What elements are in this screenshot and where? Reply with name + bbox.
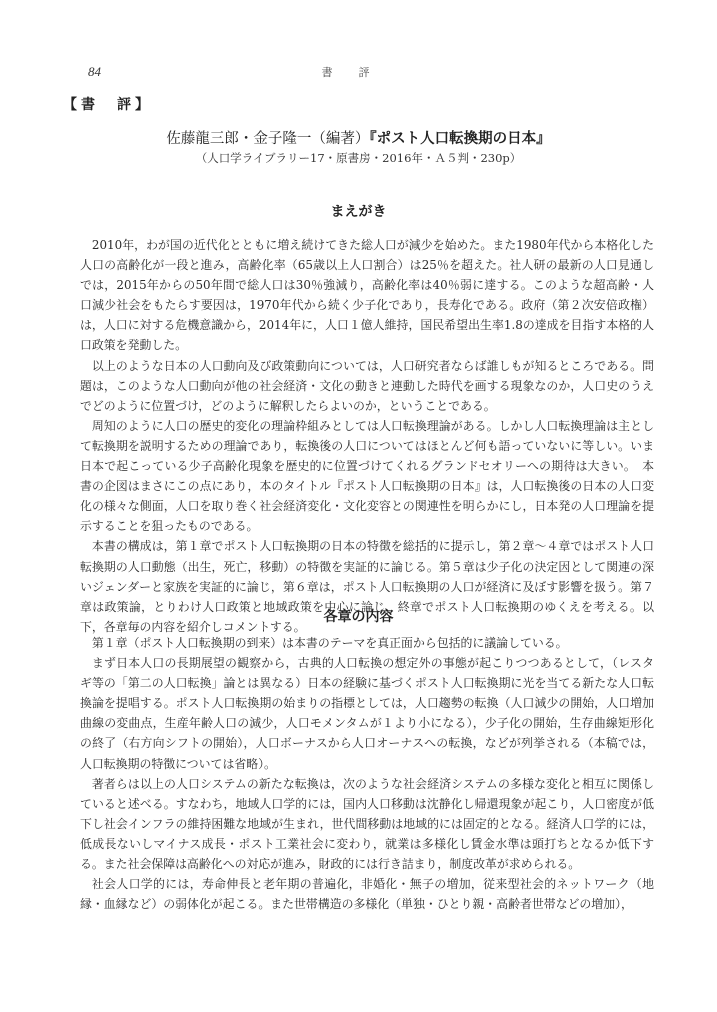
section-heading-chapters: 各章の内容 <box>0 606 717 626</box>
book-title-line: 佐藤龍三郎・金子隆一（編著）『ポスト人口転換期の日本』 <box>0 127 717 148</box>
section-tag: 【書 評】 <box>63 94 153 114</box>
paragraph: まず日本人口の長期展望の観察から，古典的人口転換の想定外の事態が起こりつつあると… <box>80 653 654 774</box>
paragraph: 社会人口学的には，寿命伸長と老年期の普遍化，非婚化・無子の増加，従来型社会的ネッ… <box>80 874 654 914</box>
book-authors: 佐藤龍三郎・金子隆一（編著） <box>166 131 369 147</box>
paragraph: 周知のように人口の歴史的変化の理論枠組みとしては人口転換理論がある。しかし人口転… <box>80 416 654 537</box>
preface-body: 2010年，わが国の近代化とともに増え続けてきた総人口が減少を始めた。また198… <box>80 235 654 637</box>
paragraph: 第１章（ポスト人口転換期の到来）は本書のテーマを真正面から包括的に議論している。 <box>80 633 654 653</box>
section-heading-preface: まえがき <box>0 201 717 221</box>
paragraph: 2010年，わが国の近代化とともに増え続けてきた総人口が減少を始めた。また198… <box>80 235 654 356</box>
book-meta: （人口学ライブラリー17・原書房・2016年・Ａ５判・230p） <box>0 150 717 166</box>
paragraph: 以上のような日本の人口動向及び政策動向については，人口研究者ならば誰しもが知ると… <box>80 356 654 416</box>
paragraph: 著者らは以上の人口システムの新たな転換は，次のような社会経済システムの多様な変化… <box>80 774 654 874</box>
book-title: 『ポスト人口転換期の日本』 <box>369 131 550 147</box>
chapters-body: 第１章（ポスト人口転換期の到来）は本書のテーマを真正面から包括的に議論している。… <box>80 633 654 914</box>
running-head: 書評 <box>0 64 717 80</box>
